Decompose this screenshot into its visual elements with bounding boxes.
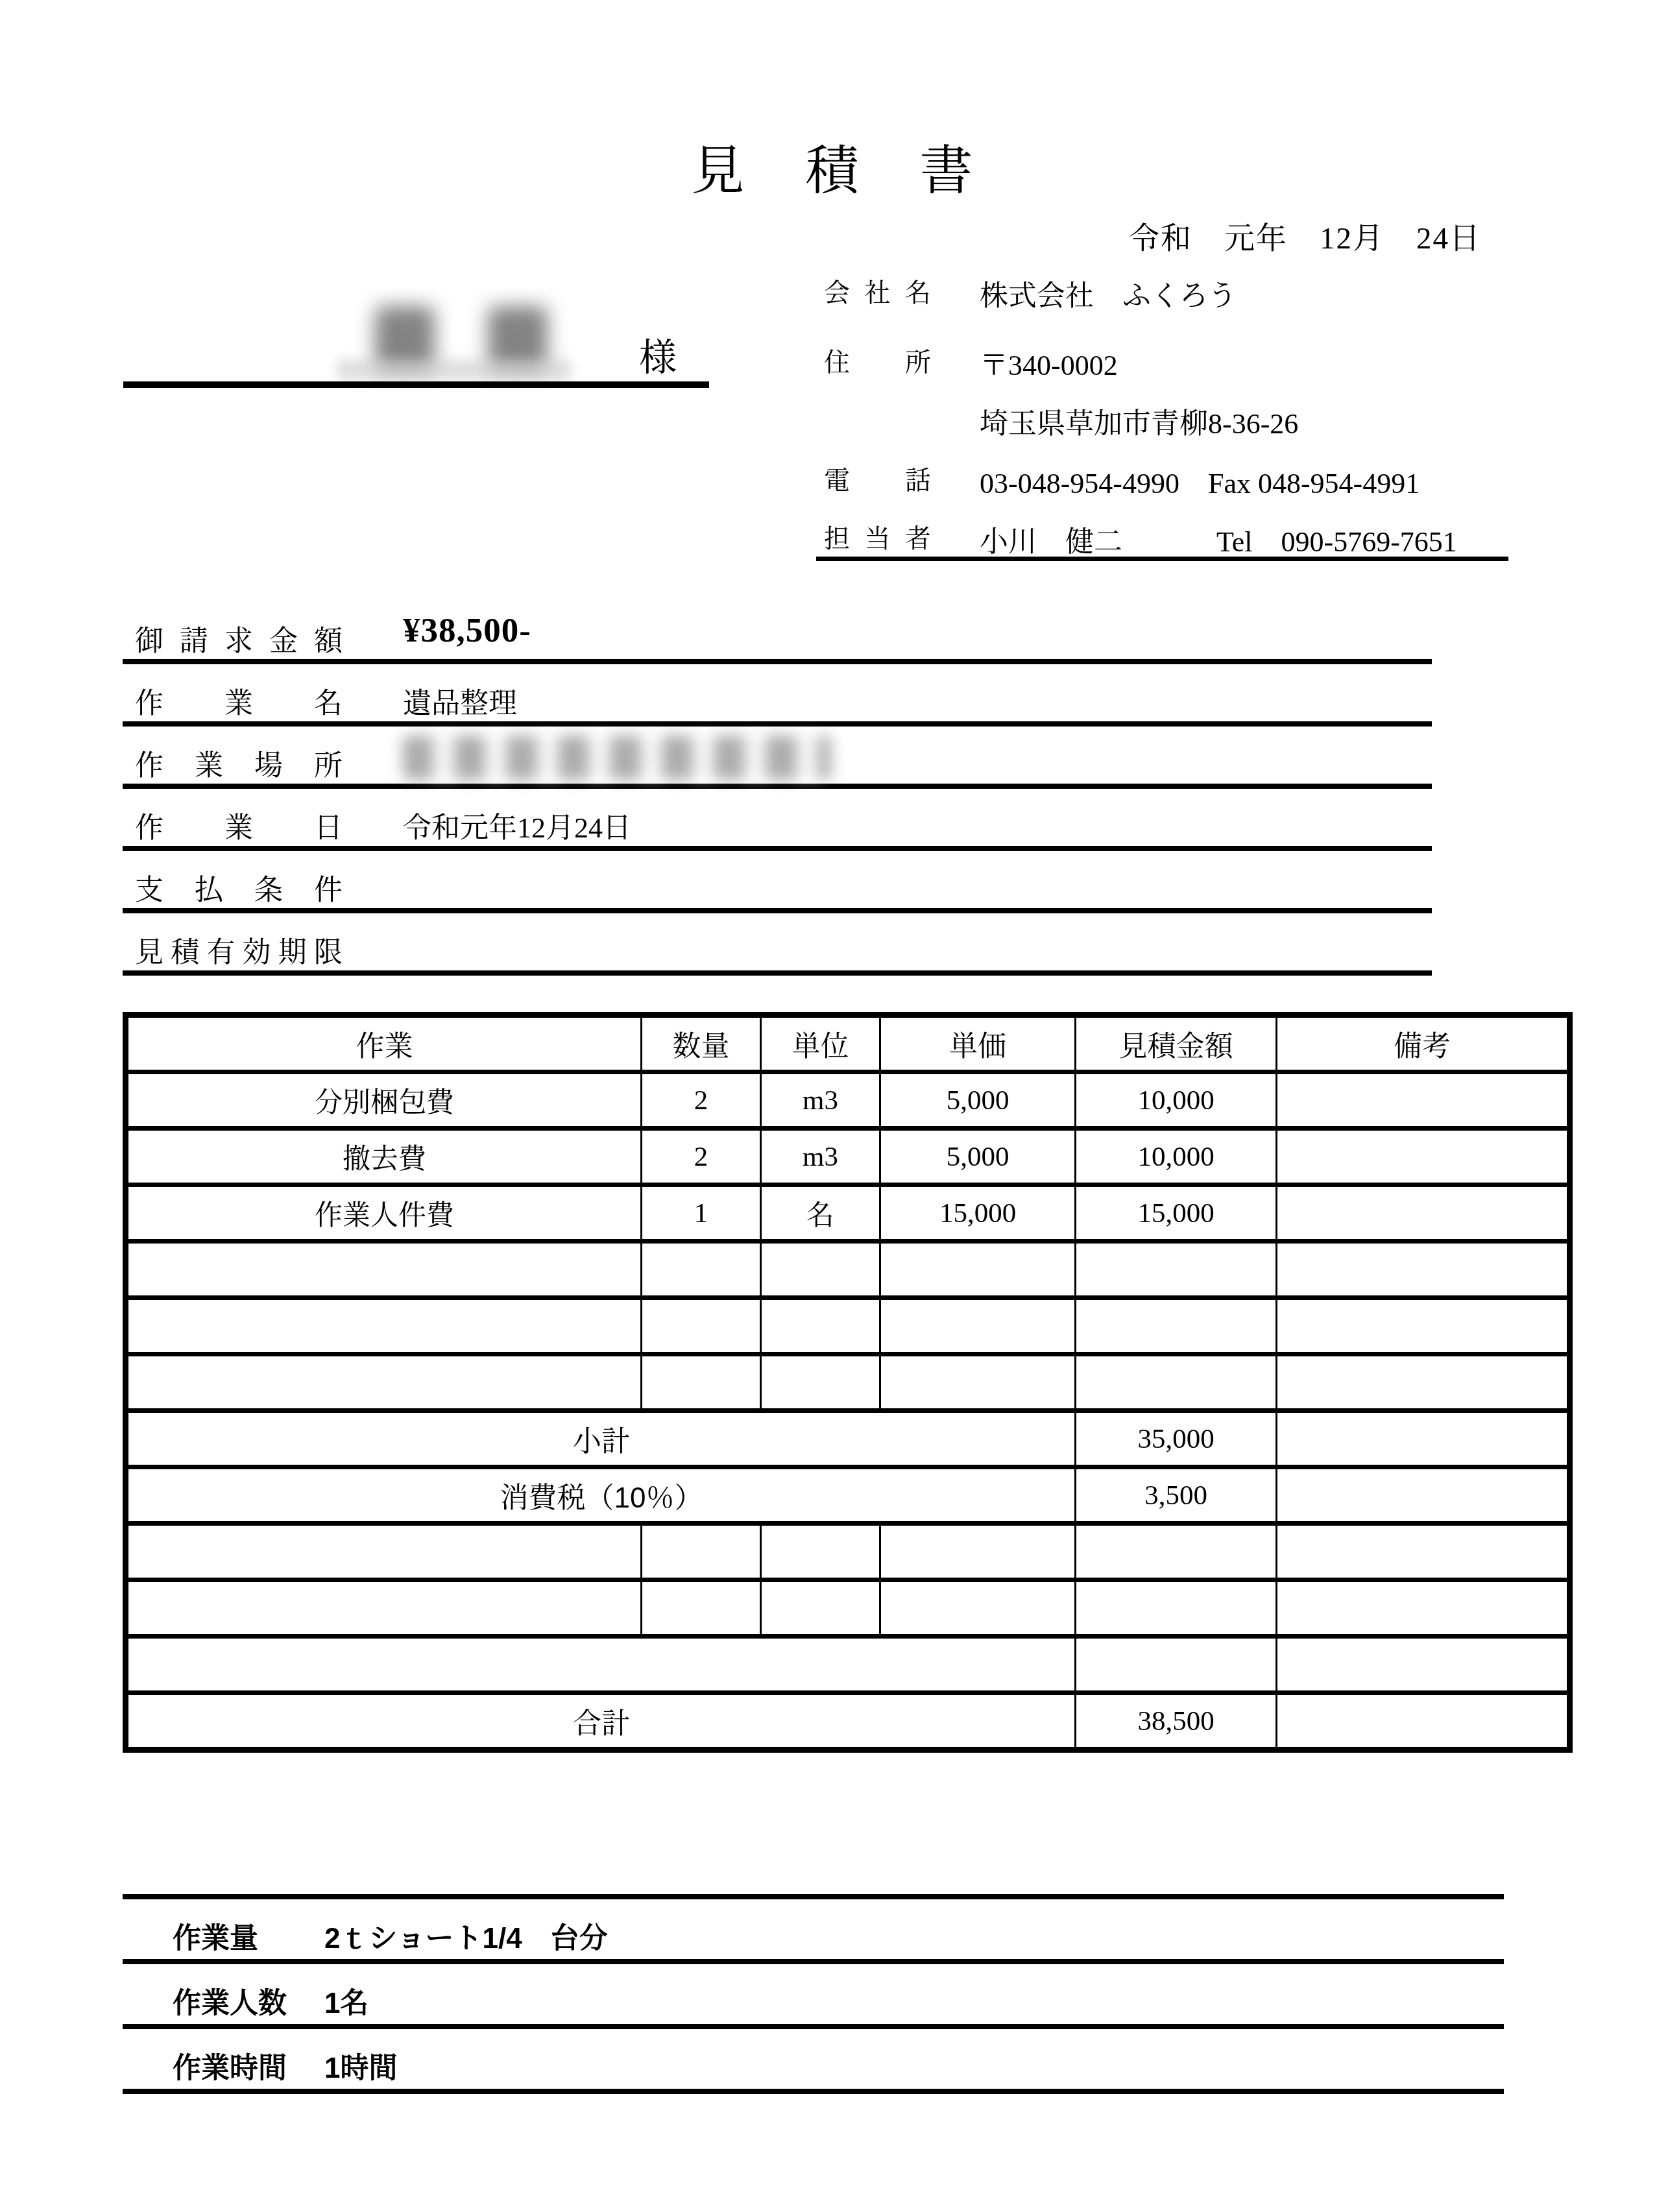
summary-row-hours: 作業時間 1時間 — [123, 2029, 1504, 2094]
cell-unit-price: 15,000 — [880, 1185, 1076, 1242]
subtotal-row: 小計 35,000 — [126, 1411, 1570, 1467]
billing-amount-value: ¥38,500- — [403, 611, 531, 650]
field-row-work-name: 作業名 遺品整理 — [123, 664, 1432, 727]
worker-count-label: 作業人数 — [173, 1980, 287, 2021]
table-row: 撤去費 2 m3 5,000 10,000 — [126, 1129, 1570, 1185]
cell-work — [126, 1354, 642, 1411]
cell-qty — [642, 1354, 761, 1411]
estimate-document: 見 積 書 令和 元年 12月 24日 様 会社名 株式会社 ふくろう 住所 〒… — [0, 0, 1668, 2212]
work-name-label: 作業名 — [135, 680, 343, 721]
tax-label: 消費税（10％） — [126, 1467, 1076, 1524]
worker-count-value: 1名 — [324, 1980, 369, 2021]
cell-unit-price — [880, 1524, 1076, 1580]
cell-unit: m3 — [761, 1072, 880, 1129]
cell-amount: 15,000 — [1076, 1185, 1277, 1242]
cell-amount — [1076, 1580, 1277, 1637]
cell-note — [1277, 1129, 1570, 1185]
cell-amount: 10,000 — [1076, 1129, 1277, 1185]
table-row-empty — [126, 1524, 1570, 1580]
work-time-value: 1時間 — [324, 2045, 397, 2086]
cell-amount — [1076, 1524, 1277, 1580]
cell-note — [1277, 1693, 1570, 1750]
recipient-underline — [123, 381, 709, 388]
company-address-label: 住所 — [824, 342, 931, 379]
cell-work: 撤去費 — [126, 1129, 642, 1185]
cell-qty — [642, 1524, 761, 1580]
company-postal-value: 〒340-0002 — [980, 342, 1118, 383]
cell-unit-price: 5,000 — [880, 1072, 1076, 1129]
cell-amount: 10,000 — [1076, 1072, 1277, 1129]
work-name-value: 遺品整理 — [403, 680, 517, 721]
cell-note — [1277, 1637, 1570, 1693]
cell-qty — [642, 1580, 761, 1637]
work-volume-label: 作業量 — [173, 1915, 258, 1956]
company-underline — [816, 557, 1508, 561]
header-note: 備考 — [1277, 1015, 1570, 1072]
cell-amount — [1076, 1354, 1277, 1411]
subtotal-amount: 35,000 — [1076, 1411, 1277, 1467]
cell-unit-price: 5,000 — [880, 1129, 1076, 1185]
cell-note — [1277, 1467, 1570, 1524]
cell-qty: 1 — [642, 1185, 761, 1242]
cell-note — [1277, 1354, 1570, 1411]
summary-row-workers: 作業人数 1名 — [123, 1964, 1504, 2029]
tax-row: 消費税（10％） 3,500 — [126, 1467, 1570, 1524]
table-row: 分別梱包費 2 m3 5,000 10,000 — [126, 1072, 1570, 1129]
cell-qty: 2 — [642, 1129, 761, 1185]
cell-unit-price — [880, 1580, 1076, 1637]
items-table: 作業 数量 単位 単価 見積金額 備考 分別梱包費 2 m3 5,000 10,… — [123, 1012, 1573, 1753]
billing-amount-label: 御請求金額 — [135, 618, 343, 659]
work-place-redacted — [403, 736, 831, 780]
company-contact-tel: Tel 090-5769-7651 — [1216, 518, 1457, 560]
table-row: 作業人件費 1 名 15,000 15,000 — [126, 1185, 1570, 1242]
cell-note — [1277, 1411, 1570, 1467]
company-contact-name: 小川 健二 — [980, 518, 1122, 560]
cell-unit — [761, 1354, 880, 1411]
cell-unit — [761, 1298, 880, 1354]
header-unit: 単位 — [761, 1015, 880, 1072]
tax-amount: 3,500 — [1076, 1467, 1277, 1524]
cell-note — [1277, 1298, 1570, 1354]
cell-work — [126, 1298, 642, 1354]
cell-unit-price — [880, 1242, 1076, 1298]
company-name-label: 会社名 — [824, 272, 931, 309]
work-summary-block: 作業量 2ｔショート1/4 台分 作業人数 1名 作業時間 1時間 — [123, 1894, 1504, 2094]
subtotal-label: 小計 — [126, 1411, 1076, 1467]
header-work: 作業 — [126, 1015, 642, 1072]
recipient-name-redacted — [324, 300, 571, 383]
company-phone-value: 03-048-954-4990 Fax 048-954-4991 — [980, 460, 1420, 501]
field-row-billing-amount: 御請求金額 ¥38,500- — [123, 602, 1432, 664]
validity-label: 見積有効期限 — [135, 929, 343, 970]
cell-work — [126, 1580, 642, 1637]
cell-note — [1277, 1185, 1570, 1242]
table-row-empty — [126, 1242, 1570, 1298]
company-contact-label: 担当者 — [824, 518, 931, 555]
cell-merged — [126, 1637, 1076, 1693]
summary-row-volume: 作業量 2ｔショート1/4 台分 — [123, 1899, 1504, 1964]
work-volume-value: 2ｔショート1/4 台分 — [324, 1915, 608, 1956]
total-amount: 38,500 — [1076, 1693, 1277, 1750]
company-name-value: 株式会社 ふくろう — [980, 272, 1237, 314]
work-date-value: 令和元年12月24日 — [403, 804, 631, 846]
recipient-honorific: 様 — [639, 327, 677, 381]
total-label: 合計 — [126, 1693, 1076, 1750]
cell-qty — [642, 1242, 761, 1298]
cell-work — [126, 1524, 642, 1580]
cell-unit — [761, 1524, 880, 1580]
table-row-empty — [126, 1354, 1570, 1411]
cell-qty — [642, 1298, 761, 1354]
table-row-empty — [126, 1580, 1570, 1637]
work-place-label: 作業場所 — [135, 742, 343, 784]
table-header-row: 作業 数量 単位 単価 見積金額 備考 — [126, 1015, 1570, 1072]
issue-date: 令和 元年 12月 24日 — [1129, 214, 1481, 258]
payment-terms-label: 支払条件 — [135, 867, 343, 908]
cell-note — [1277, 1072, 1570, 1129]
company-address-value: 埼玉県草加市青柳8-36-26 — [980, 400, 1298, 442]
field-row-work-date: 作業日 令和元年12月24日 — [123, 789, 1432, 851]
header-qty: 数量 — [642, 1015, 761, 1072]
cell-qty: 2 — [642, 1072, 761, 1129]
work-time-label: 作業時間 — [173, 2045, 287, 2086]
header-amount: 見積金額 — [1076, 1015, 1277, 1072]
cell-amount — [1076, 1637, 1277, 1693]
cell-unit-price — [880, 1354, 1076, 1411]
cell-note — [1277, 1524, 1570, 1580]
cell-note — [1277, 1242, 1570, 1298]
cell-unit: m3 — [761, 1129, 880, 1185]
table-row-empty — [126, 1298, 1570, 1354]
company-block: 会社名 株式会社 ふくろう 住所 〒340-0002 埼玉県草加市青柳8-36-… — [816, 272, 1514, 564]
recipient-block: 様 — [123, 300, 710, 391]
field-row-validity: 見積有効期限 — [123, 913, 1432, 976]
cell-work: 作業人件費 — [126, 1185, 642, 1242]
cell-amount — [1076, 1242, 1277, 1298]
cell-unit — [761, 1580, 880, 1637]
header-unit-price: 単価 — [880, 1015, 1076, 1072]
field-row-work-place: 作業場所 — [123, 727, 1432, 789]
cell-note — [1277, 1580, 1570, 1637]
redaction-shadow — [337, 359, 571, 380]
page-title: 見 積 書 — [0, 128, 1668, 204]
cell-work: 分別梱包費 — [126, 1072, 642, 1129]
cell-unit: 名 — [761, 1185, 880, 1242]
field-row-payment-terms: 支払条件 — [123, 851, 1432, 913]
company-phone-label: 電話 — [824, 460, 931, 497]
table-row-empty-merged — [126, 1637, 1570, 1693]
cell-unit-price — [880, 1298, 1076, 1354]
work-date-label: 作業日 — [135, 804, 343, 846]
total-row: 合計 38,500 — [126, 1693, 1570, 1750]
fields-block: 御請求金額 ¥38,500- 作業名 遺品整理 作業場所 作業日 令和元年12月… — [123, 602, 1432, 976]
cell-unit — [761, 1242, 880, 1298]
cell-work — [126, 1242, 642, 1298]
cell-amount — [1076, 1298, 1277, 1354]
